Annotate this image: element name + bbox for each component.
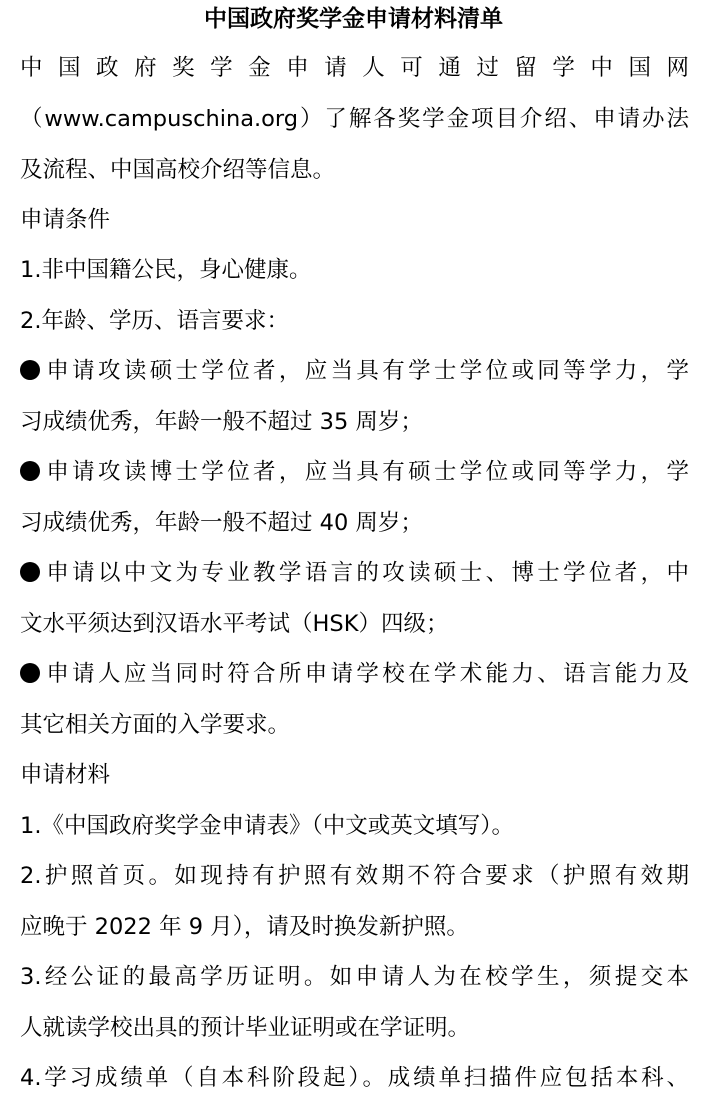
material-item-3-line-2: 人就读学校出具的预计毕业证明或在学证明。 [20,1013,470,1043]
document-title: 中国政府奖学金申请材料清单 [0,4,707,34]
bullet-item-chinese-line-1: 申请以中文为专业教学语言的攻读硕士、博士学位者，中 [20,558,689,588]
section-heading-conditions: 申请条件 [20,205,110,235]
condition-item-2: 2.年龄、学历、语言要求： [20,306,289,336]
material-item-4-line-1: 4.学习成绩单（自本科阶段起）。成绩单扫描件应包括本科、 [20,1063,689,1093]
section-heading-materials: 申请材料 [20,760,110,790]
bullet-item-doctoral-line-2: 习成绩优秀，年龄一般不超过 40 周岁； [20,508,423,538]
material-item-3-line-1: 3.经公证的最高学历证明。如申请人为在校学生，须提交本 [20,962,689,992]
bullet-item-masters-line-1: 申请攻读硕士学位者，应当具有学士学位或同等学力，学 [20,356,689,386]
intro-line-2: （www.campuschina.org）了解各奖学金项目介绍、申请办法 [20,104,689,134]
bullet-icon [20,562,40,582]
condition-item-1: 1.非中国籍公民，身心健康。 [20,255,311,285]
bullet-item-requirements-line-2: 其它相关方面的入学要求。 [20,710,290,740]
bullet-item-doctoral-line-1: 申请攻读博士学位者，应当具有硕士学位或同等学力，学 [20,457,689,487]
bullet-icon [20,461,40,481]
material-item-2-line-1: 2.护照首页。如现持有护照有效期不符合要求（护照有效期 [20,861,689,891]
intro-line-1: 中 国 政 府 奖 学 金 申 请 人 可 通 过 留 学 中 国 网 [20,53,689,83]
document-page: 中国政府奖学金申请材料清单 中 国 政 府 奖 学 金 申 请 人 可 通 过 … [0,0,707,1098]
bullet-item-masters-line-2: 习成绩优秀，年龄一般不超过 35 周岁； [20,407,423,437]
bullet-icon [20,360,40,380]
bullet-icon [20,663,40,683]
material-item-1: 1.《中国政府奖学金申请表》（中文或英文填写）。 [20,811,514,841]
intro-line-3: 及流程、中国高校介绍等信息。 [20,155,335,185]
bullet-item-requirements-line-1: 申请人应当同时符合所申请学校在学术能力、语言能力及 [20,659,689,689]
material-item-2-line-2: 应晚于 2022 年 9 月），请及时换发新护照。 [20,912,469,942]
bullet-item-chinese-line-2: 文水平须达到汉语水平考试（HSK）四级； [20,609,448,639]
